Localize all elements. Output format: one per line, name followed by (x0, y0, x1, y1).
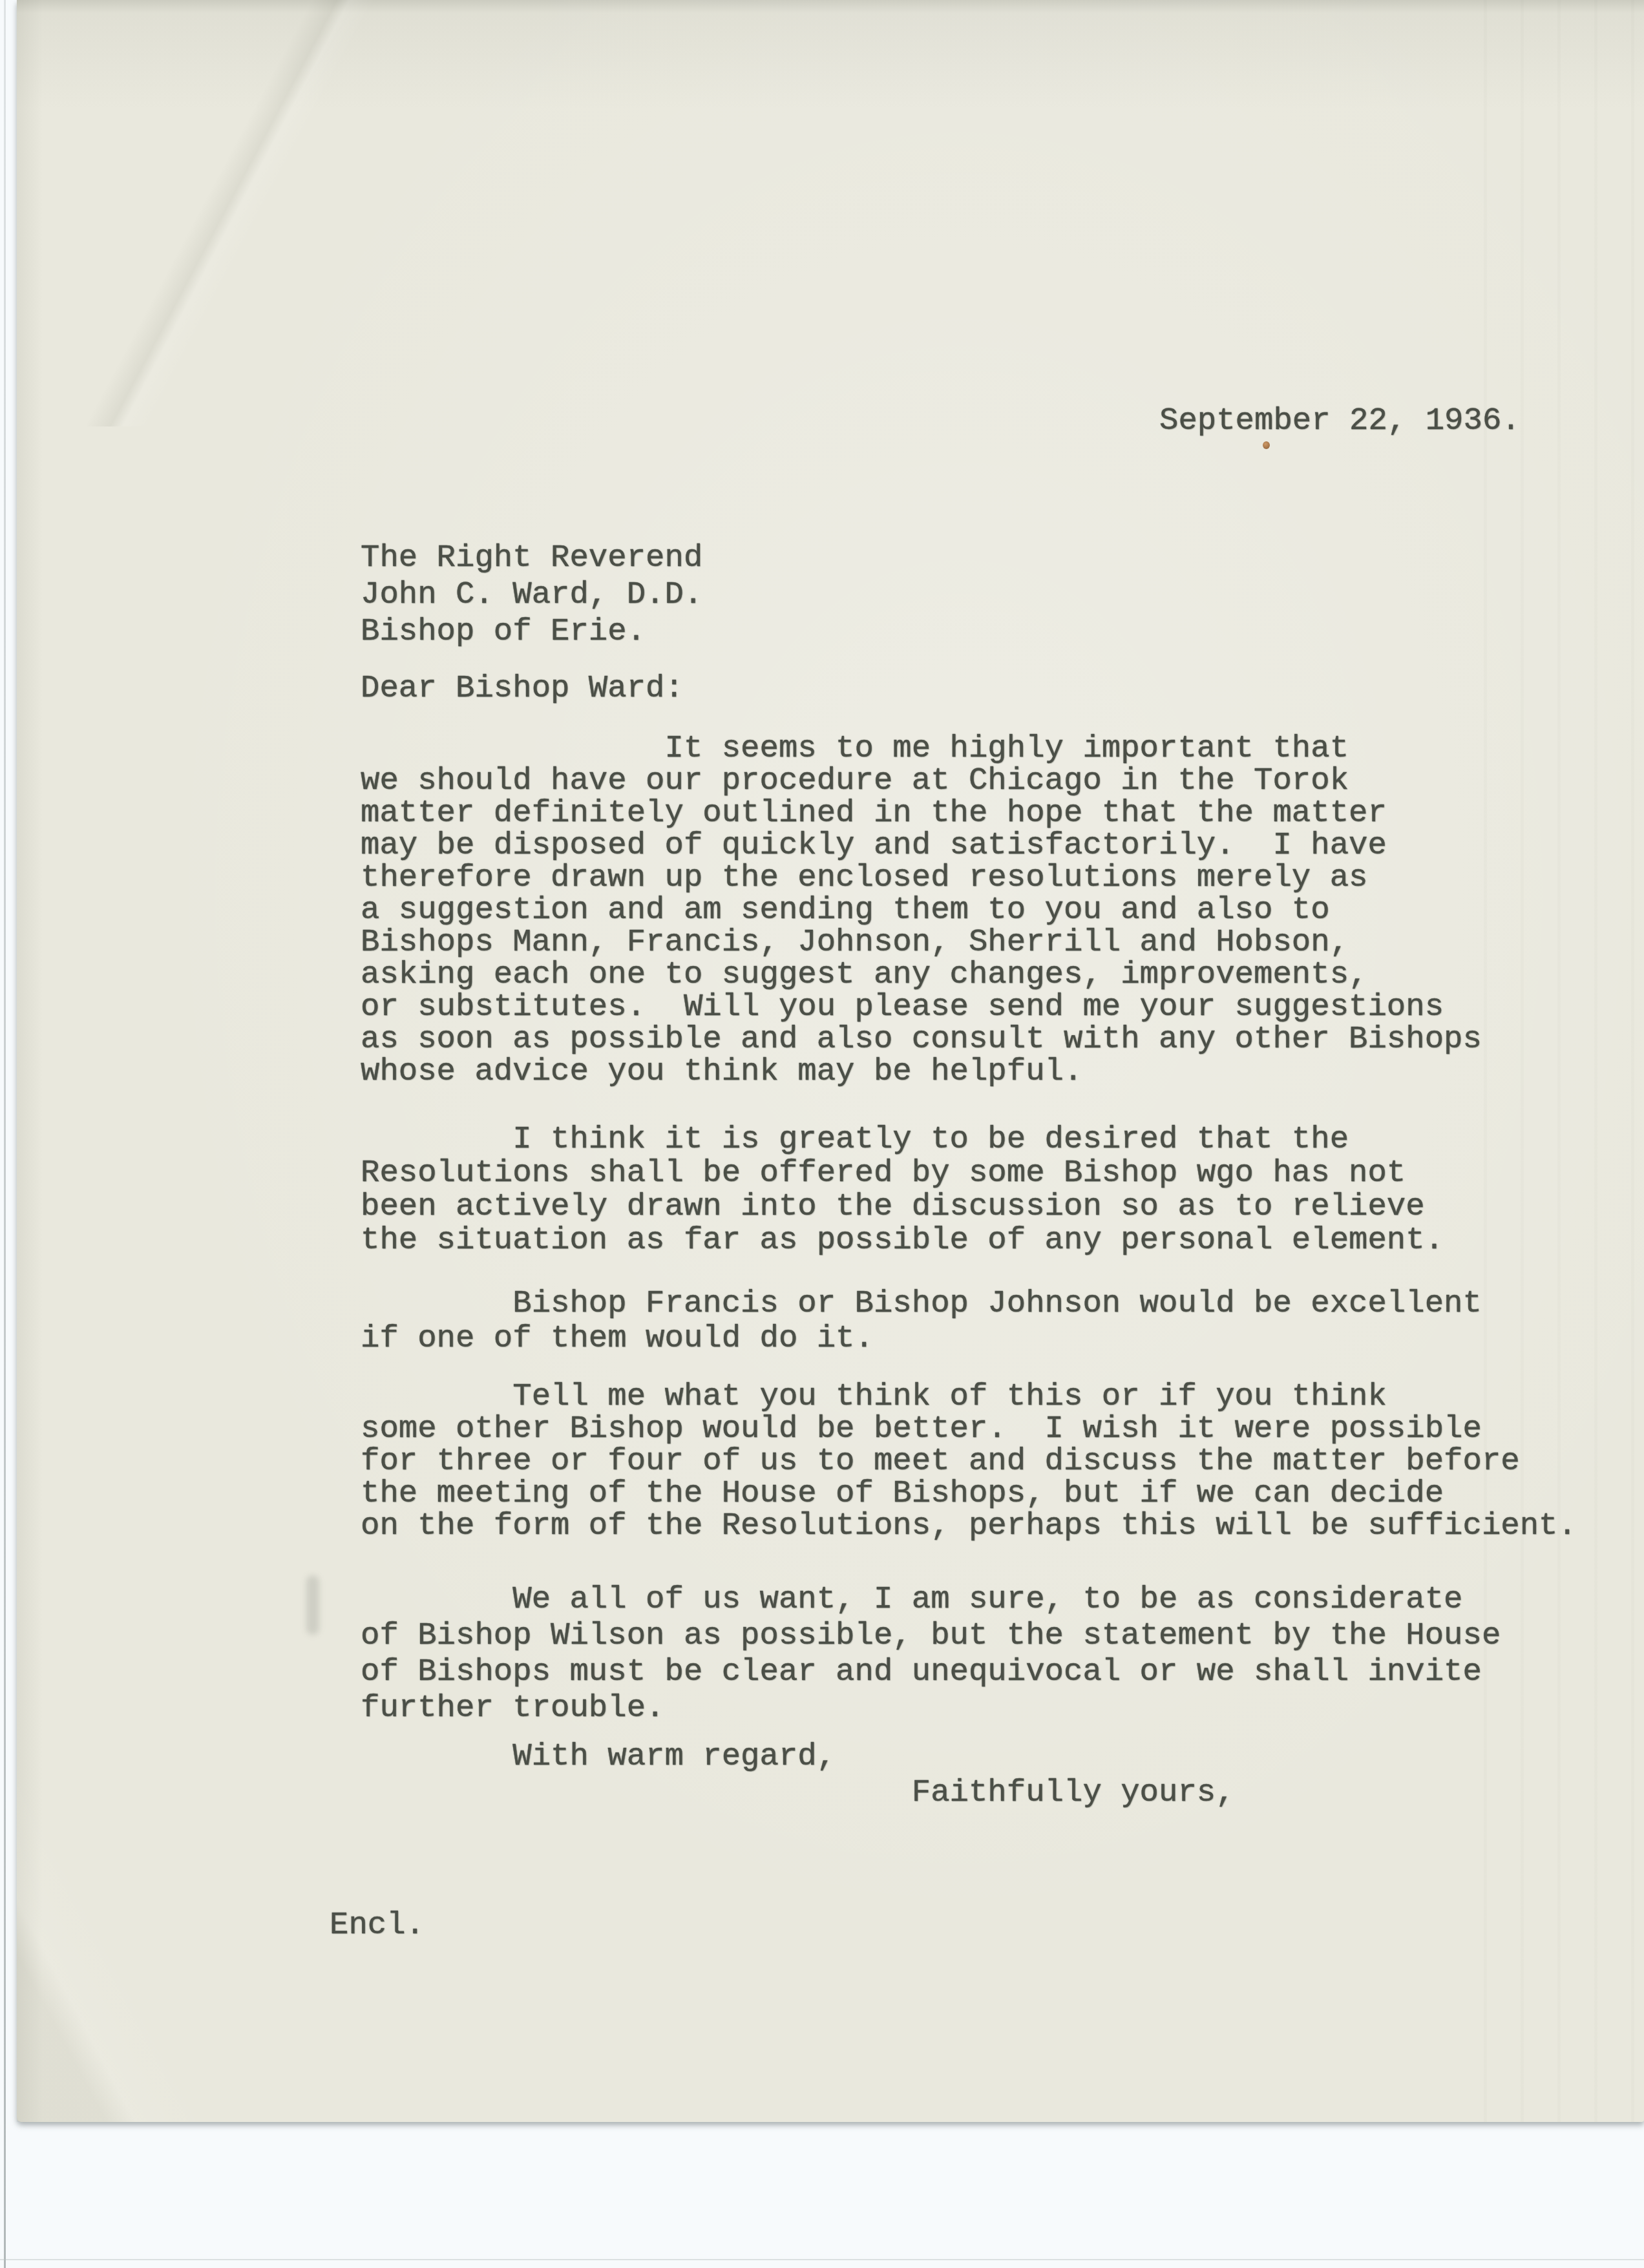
body-paragraph-1: It seems to me highly important that we … (361, 732, 1482, 1087)
body-paragraph-5: We all of us want, I am sure, to be as c… (361, 1581, 1501, 1726)
body-paragraph-4: Tell me what you think of this or if you… (361, 1380, 1577, 1542)
rust-speck (1263, 441, 1270, 449)
scanned-letter-page: { "colors": { "scanner_background": "#f7… (0, 0, 1644, 2268)
body-paragraph-3: Bishop Francis or Bishop Johnson would b… (361, 1286, 1482, 1356)
letter-sheet: September 22, 1936. The Right Reverend J… (17, 0, 1644, 2122)
salutation: Dear Bishop Ward: (361, 672, 684, 704)
ink-smudge (306, 1575, 319, 1635)
body-paragraph-2: I think it is greatly to be desired that… (361, 1122, 1444, 1257)
paper-crease-top-left (17, 0, 430, 426)
enclosure-note: Encl. (330, 1909, 425, 1941)
scanner-bottom-line (0, 2259, 1644, 2260)
closing-valediction: With warm regard, Faithfully yours, (361, 1738, 1235, 1811)
date-line: September 22, 1936. (1159, 404, 1521, 437)
recipient-address: The Right Reverend John C. Ward, D.D. Bi… (361, 540, 702, 650)
scanner-edge-line (4, 0, 6, 2268)
